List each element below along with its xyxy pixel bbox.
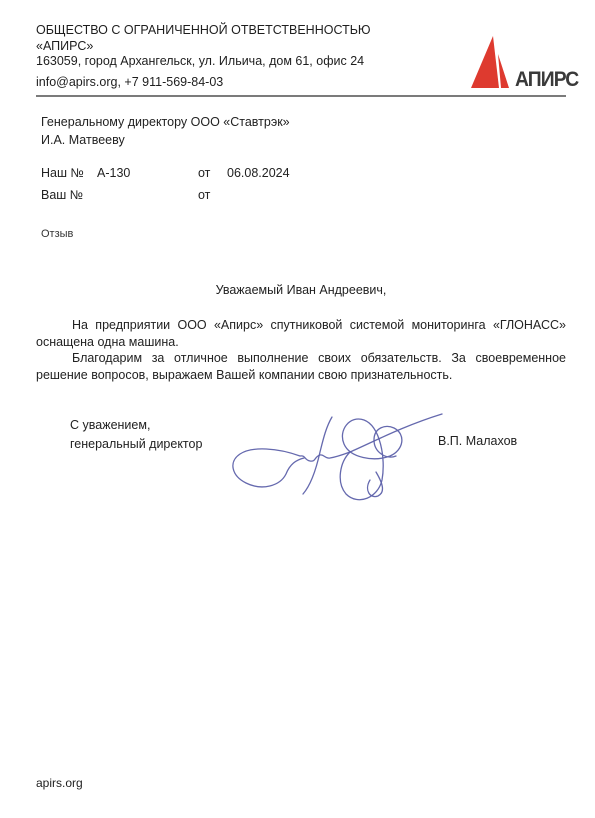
header-divider (36, 95, 566, 97)
company-name-line1: ОБЩЕСТВО С ОГРАНИЧЕННОЙ ОТВЕТСТВЕННОСТЬЮ (36, 23, 371, 38)
your-number-row: Ваш № от (41, 188, 361, 210)
your-date-label: от (198, 188, 210, 202)
body-paragraph-2: Благодарим за отличное выполнение своих … (36, 350, 566, 383)
our-date-label: от (198, 166, 210, 180)
signoff-title: генеральный директор (70, 435, 202, 454)
letterhead-text: ОБЩЕСТВО С ОГРАНИЧЕННОЙ ОТВЕТСТВЕННОСТЬЮ… (36, 23, 371, 90)
salutation: Уважаемый Иван Андреевич, (36, 283, 566, 297)
our-date-value: 06.08.2024 (227, 166, 290, 180)
subject-label: Отзыв (41, 228, 73, 240)
recipient-name: И.А. Матвееву (41, 132, 290, 150)
recipient-position: Генеральному директору ООО «Ставтрэк» (41, 114, 290, 132)
page-footer: apirs.org (36, 776, 83, 790)
your-number-label: Ваш № (41, 188, 83, 202)
signoff-regards: С уважением, (70, 416, 202, 435)
our-number-label: Наш № (41, 166, 84, 180)
footer-website: apirs.org (36, 776, 83, 790)
letter-page: ОБЩЕСТВО С ОГРАНИЧЕННОЙ ОТВЕТСТВЕННОСТЬЮ… (0, 0, 595, 818)
letter-body: На предприятии ООО «Апирс» спутниковой с… (36, 317, 566, 383)
company-logo: АПИРС (471, 36, 584, 88)
our-number-value: А-130 (97, 166, 130, 180)
body-paragraph-1: На предприятии ООО «Апирс» спутниковой с… (36, 317, 566, 350)
reference-block: Наш № А-130 от 06.08.2024 Ваш № от (41, 166, 361, 210)
company-contacts: info@apirs.org, +7 911-569-84-03 (36, 75, 371, 90)
company-address: 163059, город Архангельск, ул. Ильича, д… (36, 54, 371, 69)
signoff-block: С уважением, генеральный директор (70, 416, 202, 453)
logo-text: АПИРС (515, 69, 578, 90)
signoff-name: В.П. Малахов (438, 434, 517, 448)
logo-triangle-icon (471, 36, 513, 88)
recipient-block: Генеральному директору ООО «Ставтрэк» И.… (41, 114, 290, 149)
our-number-row: Наш № А-130 от 06.08.2024 (41, 166, 361, 188)
company-name-line2: «АПИРС» (36, 39, 371, 54)
signature-ink (228, 400, 443, 503)
